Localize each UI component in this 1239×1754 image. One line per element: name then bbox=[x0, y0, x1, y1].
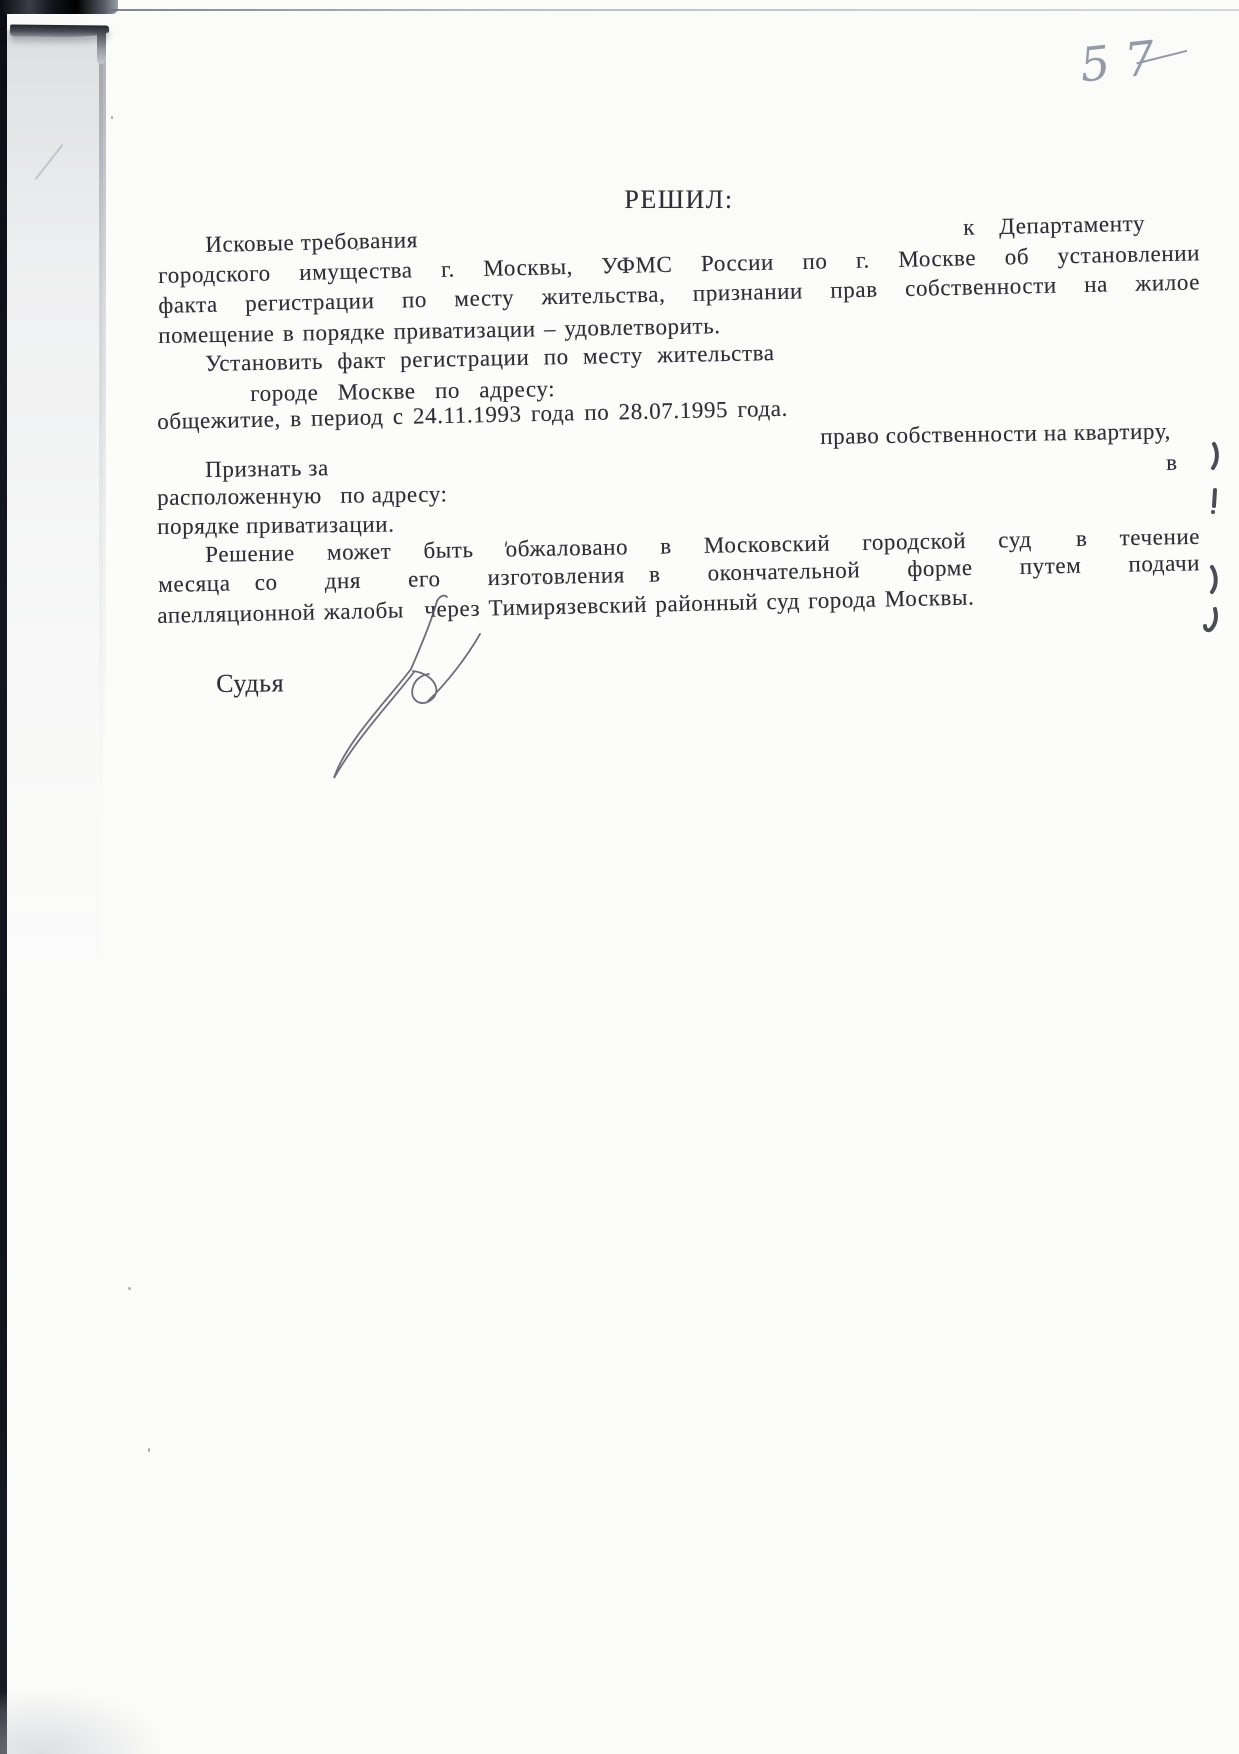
line1-right-text: к Департаменту bbox=[963, 211, 1145, 241]
scan-speck-3 bbox=[128, 1287, 131, 1290]
page-stack-edge-band bbox=[7, 30, 103, 1180]
judge-label: Судья bbox=[216, 668, 284, 699]
scan-speck-4 bbox=[148, 1448, 150, 1452]
page-corner-fold-shadow bbox=[10, 24, 109, 37]
decision-heading: РЕШИЛ: bbox=[158, 185, 1200, 215]
scan-speck-1 bbox=[356, 248, 359, 251]
line1-left-text: Исковые требования bbox=[205, 227, 418, 258]
handwritten-page-number: 57 bbox=[1077, 29, 1172, 93]
scanned-court-document-page: 57 РЕШИЛ: Исковые требования к Департаме… bbox=[0, 0, 1239, 1754]
margin-mark-2 bbox=[1214, 490, 1215, 506]
text-line-9: Признать за bbox=[205, 455, 329, 483]
text-line-10: расположенную по адресу: bbox=[157, 481, 448, 511]
text-line-11: порядке приватизации. bbox=[157, 512, 395, 540]
margin-mark-2-dot bbox=[1211, 510, 1215, 514]
stray-pen-dot bbox=[544, 580, 547, 584]
margin-mark-3 bbox=[1212, 567, 1216, 592]
scanner-top-seam-line bbox=[110, 9, 1239, 11]
scanner-edge-strip bbox=[0, 0, 7, 1754]
page-corner-fold-notch bbox=[97, 28, 106, 64]
scanner-top-dark-bar bbox=[0, 0, 118, 14]
text-line-9-right: в bbox=[1166, 450, 1178, 476]
scan-bottom-smudge bbox=[0, 1692, 160, 1754]
text-line-8-right: право собственности на квартиру, bbox=[820, 418, 1171, 450]
margin-mark-4 bbox=[1205, 609, 1216, 630]
margin-mark-1 bbox=[1213, 444, 1217, 468]
page-edge-shadow bbox=[99, 34, 106, 794]
judge-signature bbox=[300, 585, 510, 795]
margin-binding-marks bbox=[1196, 430, 1236, 645]
scan-speck-2 bbox=[111, 116, 113, 119]
